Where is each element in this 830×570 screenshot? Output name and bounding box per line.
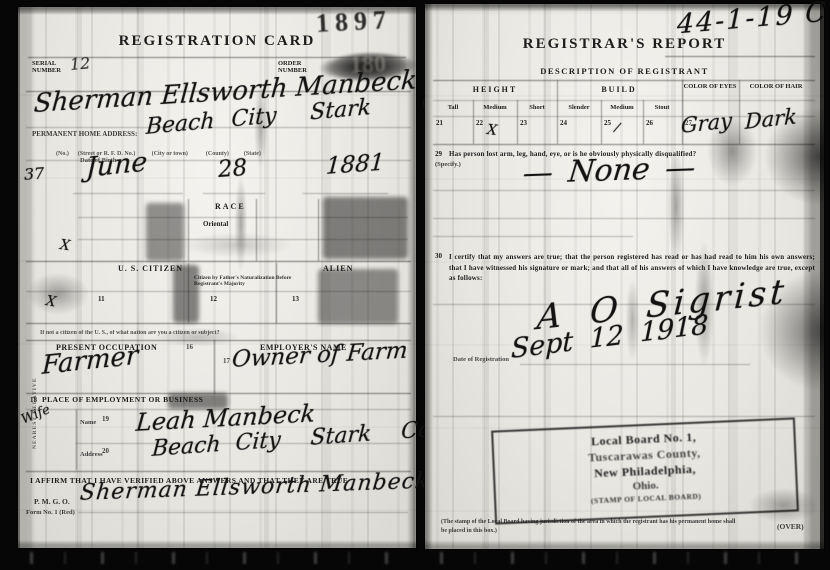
race-smear-mid [146, 203, 184, 261]
build-col-stout: Stout [643, 104, 681, 111]
nearest-relative-side-label: NEAREST RELATIVE [32, 377, 38, 449]
race-row-line-1 [78, 217, 408, 218]
registrant-signature-handwriting: Sherman Ellsworth Manbeck [79, 469, 431, 506]
citizen-bottom-line [26, 323, 411, 324]
build-header: BUILD [557, 85, 681, 94]
q29-answer-handwriting: — None — [521, 150, 697, 191]
rule-q29-2 [433, 218, 815, 219]
rule-dob-3 [303, 193, 388, 194]
registrars-report-title: REGISTRAR'S REPORT [425, 36, 824, 53]
citizen-father-label: Citizen by Father's Naturalization Befor… [194, 275, 306, 288]
employer-number: 17 [223, 357, 230, 365]
q30-number: 30 [435, 252, 442, 260]
height-col-short: Short [517, 104, 557, 111]
race-header: RACE [215, 202, 246, 211]
employment-place-label: PLACE OF EMPLOYMENT OR BUSINESS [42, 395, 203, 404]
race-row-line-3 [26, 261, 411, 262]
race-col-line-1 [188, 199, 189, 261]
local-board-stamp-box: Local Board No. 1, Tuscarawas County, Ne… [491, 417, 799, 524]
cell-26: 26 [646, 119, 653, 127]
rule-dob-2 [203, 193, 265, 194]
relative-name-number: 19 [102, 415, 109, 423]
desc-vline-2 [517, 100, 518, 144]
citizen-smear-right [318, 269, 398, 324]
rule-signature [78, 512, 408, 513]
description-subtitle: DESCRIPTION OF REGISTRANT [425, 66, 824, 76]
desc-table-top [433, 80, 815, 81]
race-col-line-3 [318, 199, 319, 261]
rule-above-stamp [433, 416, 815, 417]
registrars-report-card: 44-1-19 C REGISTRAR'S REPORT DESCRIPTION… [425, 4, 824, 549]
relative-box-line [76, 410, 77, 470]
home-address-label: PERMANENT HOME ADDRESS: [32, 130, 137, 138]
height-col-tall: Tall [433, 104, 473, 111]
rule-date [520, 364, 750, 365]
scan-ticks-left [30, 552, 410, 564]
desc-table-bottom [433, 144, 815, 145]
citizen-col-line-2 [276, 263, 277, 323]
board-code-handwriting: 44-1-19 C [677, 0, 828, 41]
stamp-note: (The stamp of the Local Board having jur… [441, 518, 741, 536]
relative-name-label: Name [80, 419, 96, 426]
height-col-medium: Medium [473, 104, 517, 111]
q29-specify-label: (Specify.) [435, 161, 461, 168]
dob-month-handwriting: June [85, 146, 147, 184]
cell-23: 23 [520, 119, 527, 127]
desc-vline-1 [473, 100, 474, 144]
desc-vline-6 [682, 80, 683, 144]
rule-relative-mid [76, 443, 411, 444]
build-medium-mark: / [613, 120, 621, 136]
rule-occupation [26, 393, 411, 394]
native-born-mark: X [45, 293, 58, 310]
employer-handwriting: Owner of Farm [231, 338, 409, 373]
scanned-draft-card-photo: { "scan": { "stamped_number": "1897", "b… [0, 0, 830, 570]
eyes-header: COLOR OF EYES [683, 83, 737, 90]
citizen-cell-number-13: 13 [292, 295, 299, 303]
alien-header: ALIEN [323, 264, 353, 273]
us-citizen-header: U. S. CITIZEN [118, 264, 183, 273]
cell-22: 22 [476, 119, 483, 127]
q29-number: 29 [435, 150, 442, 158]
occupation-divider [214, 340, 215, 394]
serial-number-label: SERIAL NUMBER [32, 60, 72, 74]
nation-question: If not a citizen of the U. S., of what n… [40, 330, 380, 336]
hair-value-handwriting: Dark [745, 104, 798, 134]
race-row-line-2 [78, 239, 408, 240]
citizen-row-line [26, 291, 411, 292]
serial-number-value: 12 [69, 53, 91, 74]
cell-21: 21 [436, 119, 443, 127]
citizen-cell-number-12: 12 [210, 295, 217, 303]
desc-vline-7 [739, 80, 740, 144]
pmgo-label: P. M. G. O. [34, 497, 70, 506]
desc-vline-5 [643, 100, 644, 144]
build-col-slender: Slender [557, 104, 601, 111]
relative-address-label: Address [80, 451, 103, 458]
hair-header: COLOR OF HAIR [741, 83, 811, 90]
rule-q29-3 [433, 236, 633, 237]
form-number-label: Form No. 1 (Red) [26, 509, 75, 516]
citizen-col-line-1 [188, 263, 189, 323]
age-value: 37 [23, 164, 45, 184]
desc-vline-3 [557, 80, 558, 144]
rule-q29-1 [433, 190, 815, 191]
race-oriental-label: Oriental [203, 220, 228, 228]
eyes-value-handwriting: Gray [681, 109, 733, 139]
citizen-cell-number-11: 11 [98, 295, 105, 303]
desc-table-mid1 [433, 100, 815, 101]
citizen-smear-mid [173, 265, 199, 323]
rule-dob-1 [73, 193, 183, 194]
dob-year-handwriting: 1881 [325, 150, 385, 180]
height-header: HEIGHT [433, 85, 557, 94]
date-of-registration-label: Date of Registration [453, 356, 509, 363]
build-col-medium: Medium [601, 104, 643, 111]
scan-ticks-right [440, 552, 815, 564]
dob-day-handwriting: 28 [217, 155, 248, 183]
race-smear-right [323, 197, 408, 259]
occupation-number: 16 [186, 343, 193, 351]
registration-card: 1897 REGISTRATION CARD SERIAL NUMBER 12 … [18, 7, 416, 548]
relative-address-number: 20 [102, 447, 109, 455]
race-col-line-2 [256, 199, 257, 261]
over-label: (OVER) [777, 522, 804, 531]
cell-24: 24 [560, 119, 567, 127]
desc-vline-4 [601, 100, 602, 144]
cell-25: 25 [604, 119, 611, 127]
height-medium-mark: X [486, 122, 498, 139]
race-white-mark: X [59, 237, 71, 254]
rule-under-report-title [665, 56, 815, 57]
